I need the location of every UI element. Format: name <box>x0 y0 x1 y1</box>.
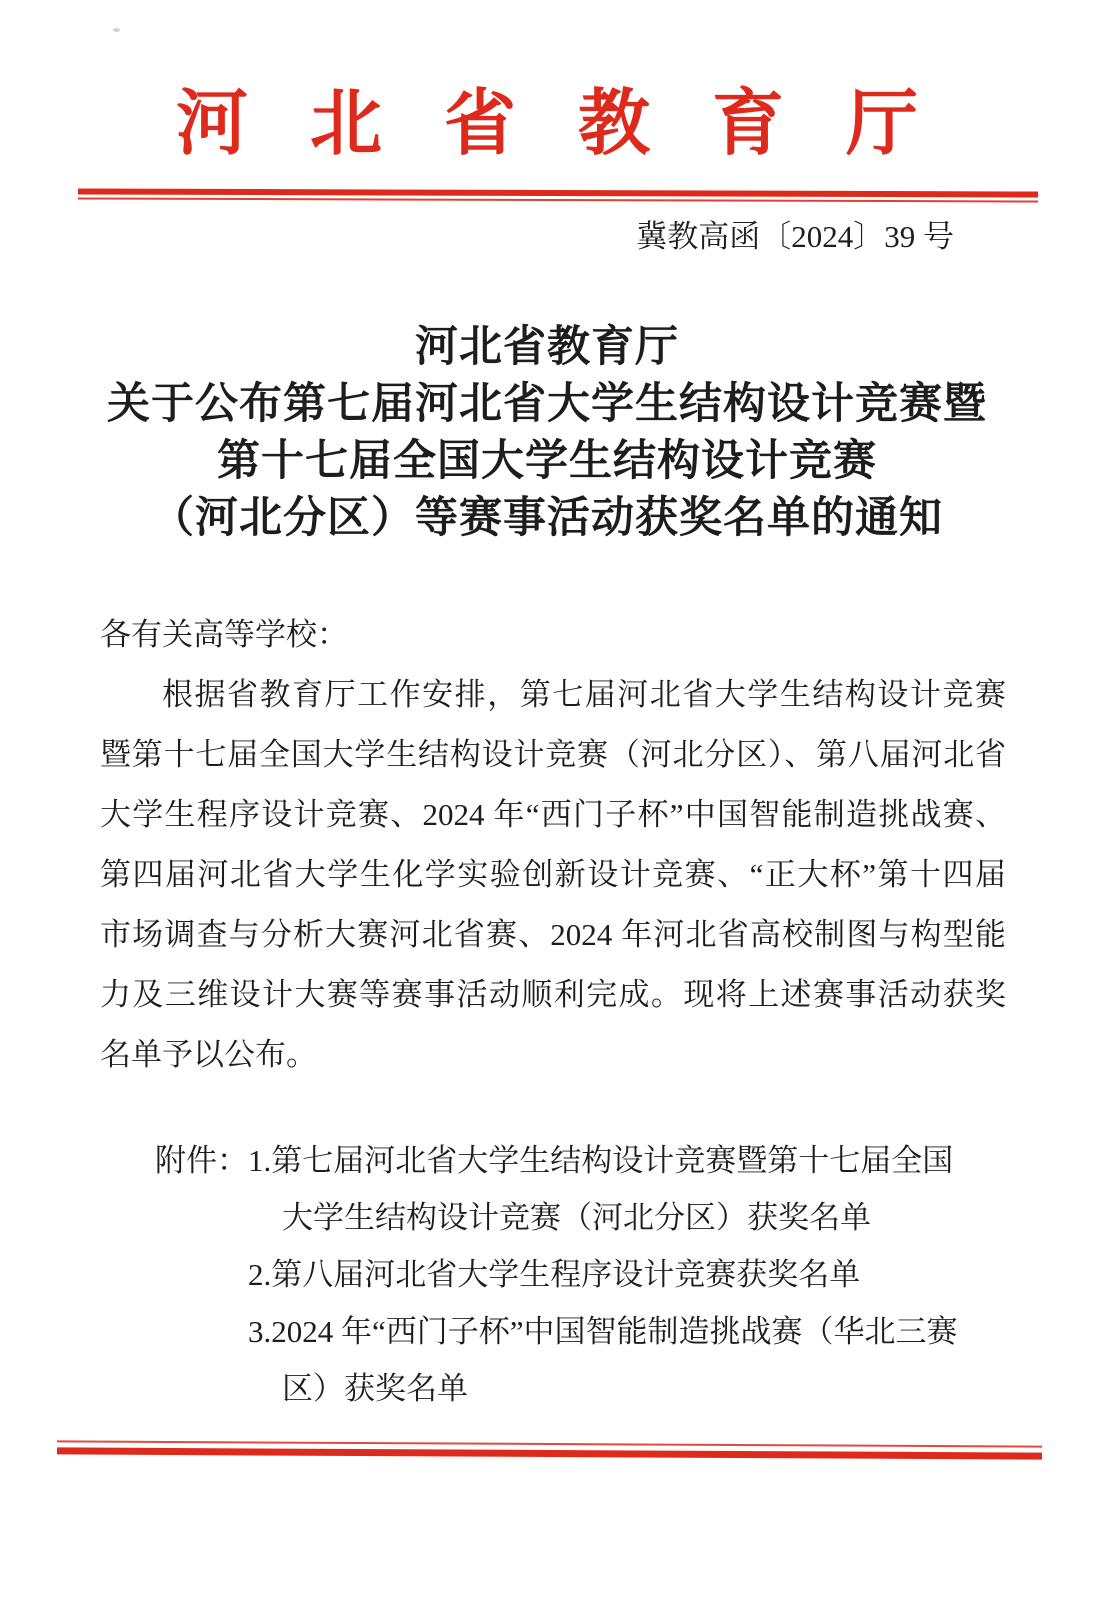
letterhead-org-name: 河北省教育厅 <box>0 70 1094 178</box>
separator-thin-bar <box>57 1440 1042 1447</box>
attachment-item: 2.第八届河北省大学生程序设计竞赛获奖名单 <box>248 1246 973 1303</box>
document-page: 河北省教育厅 冀教高函〔2024〕39 号 河北省教育厅 关于公布第七届河北省大… <box>0 0 1094 1608</box>
paragraph-line: 第四届河北省大学生化学实验创新设计竞赛、“正大杯”第十四届 <box>100 845 1006 905</box>
paragraph-line: 暨第十七届全国大学生结构设计竞赛（河北分区）、第八届河北省 <box>100 725 1006 785</box>
salutation: 各有关高等学校： <box>100 605 1005 665</box>
paragraph-line: 根据省教育厅工作安排，第七届河北省大学生结构设计竞赛 <box>100 665 1006 725</box>
separator-thick-bar <box>57 1447 1042 1459</box>
notice-title-line: 关于公布第七届河北省大学生结构设计竞赛暨 <box>0 376 1094 433</box>
attachment-item: 1.第七届河北省大学生结构设计竞赛暨第十七届全国大学生结构设计竞赛（河北分区）获… <box>248 1132 973 1246</box>
notice-title: 河北省教育厅 关于公布第七届河北省大学生结构设计竞赛暨 第十七届全国大学生结构设… <box>0 319 1094 547</box>
attachments-section: 附件： 1.第七届河北省大学生结构设计竞赛暨第十七届全国大学生结构设计竞赛（河北… <box>155 1132 1094 1417</box>
notice-title-line: （河北分区）等赛事活动获奖名单的通知 <box>0 490 1094 547</box>
paragraph-line: 大学生程序设计竞赛、2024 年“西门子杯”中国智能制造挑战赛、 <box>100 785 1006 845</box>
attachments-label: 附件： <box>155 1132 248 1189</box>
separator-thick-bar <box>78 188 1038 197</box>
notice-title-line: 第十七届全国大学生结构设计竞赛 <box>0 433 1094 490</box>
attachment-item: 3.2024 年“西门子杯”中国智能制造挑战赛（华北三赛区）获奖名单 <box>248 1303 973 1417</box>
attachment-list: 1.第七届河北省大学生结构设计竞赛暨第十七届全国大学生结构设计竞赛（河北分区）获… <box>248 1132 973 1417</box>
document-number: 冀教高函〔2024〕39 号 <box>0 217 1094 257</box>
paragraph-line: 市场调查与分析大赛河北省赛、2024 年河北省高校制图与构型能 <box>100 905 1006 965</box>
scan-artifact <box>113 28 120 32</box>
red-separator-top <box>78 188 1038 202</box>
separator-thin-bar <box>78 197 1038 202</box>
body-paragraph: 根据省教育厅工作安排，第七届河北省大学生结构设计竞赛 暨第十七届全国大学生结构设… <box>100 665 1006 1085</box>
red-separator-bottom <box>57 1440 1042 1459</box>
paragraph-line: 力及三维设计大赛等赛事活动顺利完成。现将上述赛事活动获奖 <box>100 965 1006 1025</box>
notice-title-line: 河北省教育厅 <box>0 319 1094 376</box>
paragraph-line: 名单予以公布。 <box>100 1025 1006 1085</box>
